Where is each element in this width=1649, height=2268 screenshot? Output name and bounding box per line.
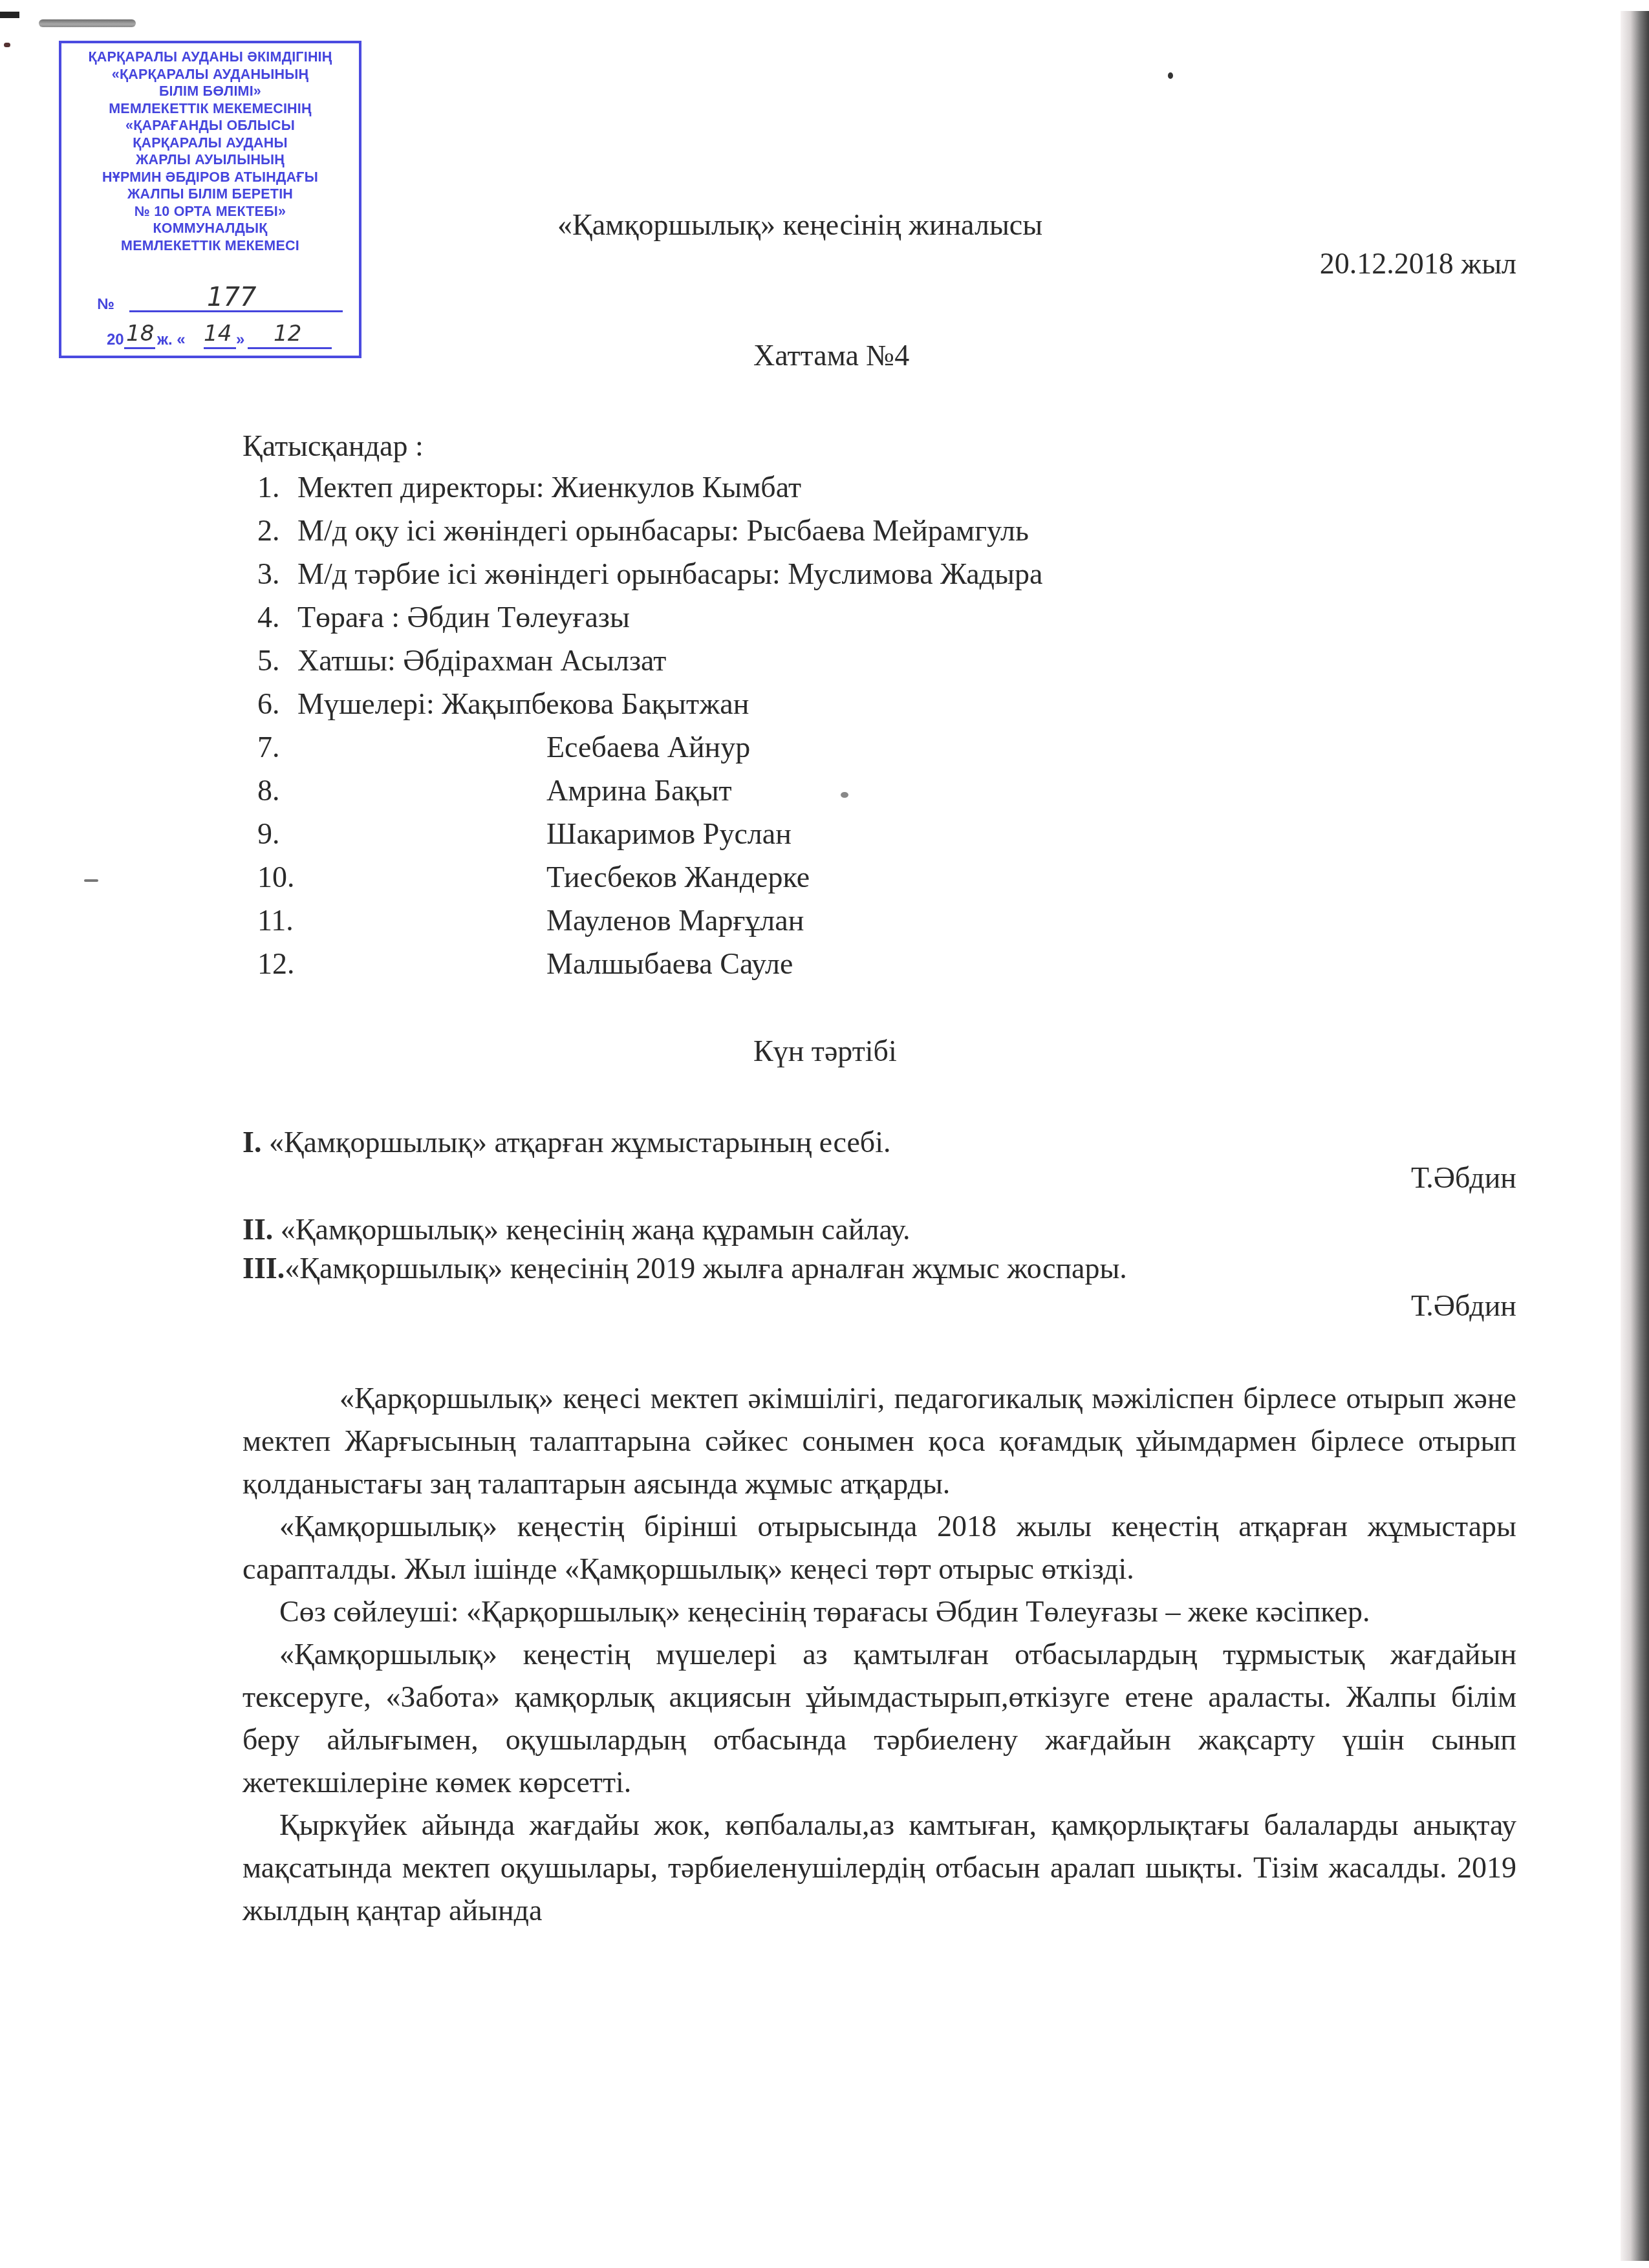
stamp-number-handwritten: 177 (207, 283, 256, 312)
body-paragraph: «Қамқоршылық» кеңестің бірінші отырысынд… (242, 1505, 1516, 1590)
stamp-line: «ҚАРҚАРАЛЫ АУДАНЫНЫҢ (61, 66, 359, 83)
stamp-day-underline (204, 347, 236, 349)
stamp-line: МЕМЛЕКЕТТІК МЕКЕМЕСІ (61, 237, 359, 255)
participant-item: 11.Мауленов Марғұлан (257, 899, 1042, 942)
stamp-month-handwritten: 12 (274, 321, 301, 347)
participant-item: 3.М/д тәрбие ісі жөніндегі орынбасары: М… (257, 552, 1042, 595)
participant-number: 9. (257, 812, 297, 855)
participant-text: Төраға : Әбдин Төлеуғазы (297, 601, 630, 634)
participant-name: Шакаримов Руслан (546, 812, 792, 855)
participant-number: 2. (257, 509, 297, 552)
participant-item: 2.М/д оқу ісі жөніндегі орынбасары: Рысб… (257, 509, 1042, 552)
document-body: «Қарқоршылық» кеңесі мектеп әкімшілігі, … (242, 1377, 1516, 1932)
participant-number: 1. (257, 465, 297, 509)
participant-number: 11. (257, 899, 297, 942)
body-paragraph: Сөз сөйлеуші: «Қарқоршылық» кеңесінің тө… (242, 1590, 1516, 1633)
participant-number: 6. (257, 682, 297, 725)
participant-name: Тиесбеков Жандерке (546, 855, 810, 899)
stamp-date-row: 20 18 ж. « 14 » 12 (107, 321, 346, 350)
stamp-line: МЕМЛЕКЕТТІК МЕКЕМЕСІНІҢ (61, 100, 359, 118)
participant-number: 4. (257, 595, 297, 639)
participant-item: 9.Шакаримов Руслан (257, 812, 1042, 855)
stamp-line: КОММУНАЛДЫҚ (61, 220, 359, 237)
participant-name: Малшыбаева Сауле (546, 942, 793, 985)
agenda-item: II. «Қамқоршылық» кеңесінің жаңа құрамын… (242, 1210, 911, 1249)
agenda-responsible: Т.Әбдин (1411, 1159, 1516, 1197)
stamp-line: ҚАРҚАРАЛЫ АУДАНЫ (61, 134, 359, 152)
staple-mark (39, 19, 136, 27)
participant-number: 8. (257, 769, 297, 812)
stamp-month-underline (248, 347, 332, 349)
scan-speck (84, 879, 98, 882)
participant-name: Амрина Бақыт (546, 769, 732, 812)
stamp-year-handwritten: 18 (126, 321, 154, 347)
participant-number: 10. (257, 855, 297, 899)
agenda-text: «Қамқоршылық» кеңесінің жаңа құрамын сай… (273, 1213, 910, 1246)
stamp-line: БІЛІМ БӨЛІМІ» (61, 83, 359, 100)
participant-item: 8.Амрина Бақыт (257, 769, 1042, 812)
agenda-responsible: Т.Әбдин (1411, 1287, 1516, 1325)
body-paragraph: «Қамқоршылық» кеңестің мүшелері аз қамты… (242, 1633, 1516, 1804)
participant-text: М/д тәрбие ісі жөніндегі орынбасары: Мус… (297, 557, 1042, 590)
participant-item: 10.Тиесбеков Жандерке (257, 855, 1042, 899)
agenda-numeral: III. (242, 1252, 285, 1285)
participant-text: Мүшелері: Жақыпбекова Бақытжан (297, 687, 749, 720)
stamp-line: ҚАРҚАРАЛЫ АУДАНЫ ӘКІМДІГІНІҢ (61, 48, 359, 66)
participants-label: Қатысқандар : (242, 427, 424, 465)
participant-text: Хатшы: Әбдірахман Асылзат (297, 644, 666, 677)
participant-item: 4.Төраға : Әбдин Төлеуғазы (257, 595, 1042, 639)
stamp-text: ҚАРҚАРАЛЫ АУДАНЫ ӘКІМДІГІНІҢ «ҚАРҚАРАЛЫ … (61, 48, 359, 254)
participants-list: 1.Мектеп директоры: Жиенкулов Кымбат 2.М… (257, 465, 1042, 985)
body-paragraph: Қыркүйек айында жағдайы жок, көпбалалы,а… (242, 1804, 1516, 1932)
participant-number: 3. (257, 552, 297, 595)
participant-item: 1.Мектеп директоры: Жиенкулов Кымбат (257, 465, 1042, 509)
stamp-line: ЖАЛПЫ БІЛІМ БЕРЕТІН (61, 186, 359, 203)
document-title: «Қамқоршылық» кеңесінің жиналысы (557, 206, 1042, 244)
participant-number: 5. (257, 639, 297, 682)
agenda-item: I. «Қамқоршылық» атқарған жұмыстарының е… (242, 1123, 890, 1162)
stamp-date-prefix: 20 (107, 331, 124, 349)
agenda-title: Күн тәртібі (753, 1032, 897, 1071)
stamp-line: ЖАРЛЫ АУЫЛЫНЫҢ (61, 151, 359, 169)
agenda-item: III.«Қамқоршылық» кеңесінің 2019 жылға а… (242, 1249, 1127, 1288)
participant-number: 12. (257, 942, 297, 985)
participant-item: 7. Есебаева Айнур (257, 725, 1042, 769)
agenda-numeral: II. (242, 1213, 273, 1246)
participant-number: 7. (257, 725, 297, 769)
stamp-date-close-quote: » (236, 331, 244, 349)
stamp-line: «ҚАРАҒАНДЫ ОБЛЫСЫ (61, 117, 359, 134)
participant-item: 6.Мүшелері: Жақыпбекова Бақытжан (257, 682, 1042, 725)
stamp-line: НҰРМИН ӘБДІРОВ АТЫНДАҒЫ (61, 169, 359, 186)
stamp-date-year-suffix: ж. « (157, 331, 186, 349)
stamp-year-underline (124, 347, 155, 349)
participant-text: М/д оқу ісі жөніндегі орынбасары: Рысбае… (297, 514, 1029, 547)
participant-name: Мауленов Марғұлан (546, 899, 804, 942)
participant-item: 12.Малшыбаева Сауле (257, 942, 1042, 985)
scan-border-right (1621, 11, 1649, 2261)
registration-stamp: ҚАРҚАРАЛЫ АУДАНЫ ӘКІМДІГІНІҢ «ҚАРҚАРАЛЫ … (59, 41, 361, 358)
scan-speck (4, 43, 10, 47)
document-date: 20.12.2018 жыл (1320, 244, 1516, 283)
participant-text: Мектеп директоры: Жиенкулов Кымбат (297, 471, 801, 504)
participant-item: 5.Хатшы: Әбдірахман Асылзат (257, 639, 1042, 682)
agenda-text: «Қамқоршылық» атқарған жұмыстарының есеб… (261, 1126, 890, 1159)
agenda-text: «Қамқоршылық» кеңесінің 2019 жылға арнал… (285, 1252, 1127, 1285)
participant-name: Есебаева Айнур (546, 725, 750, 769)
scan-speck (1168, 72, 1173, 79)
stamp-line: № 10 ОРТА МЕКТЕБІ» (61, 203, 359, 220)
stamp-number-row: № 177 (97, 286, 343, 315)
scan-edge-mark (0, 12, 19, 18)
stamp-number-label: № (97, 295, 114, 314)
protocol-number: Хаттама №4 (753, 336, 909, 375)
agenda-numeral: I. (242, 1126, 261, 1159)
body-paragraph: «Қарқоршылық» кеңесі мектеп әкімшілігі, … (242, 1377, 1516, 1505)
stamp-day-handwritten: 14 (204, 321, 232, 347)
